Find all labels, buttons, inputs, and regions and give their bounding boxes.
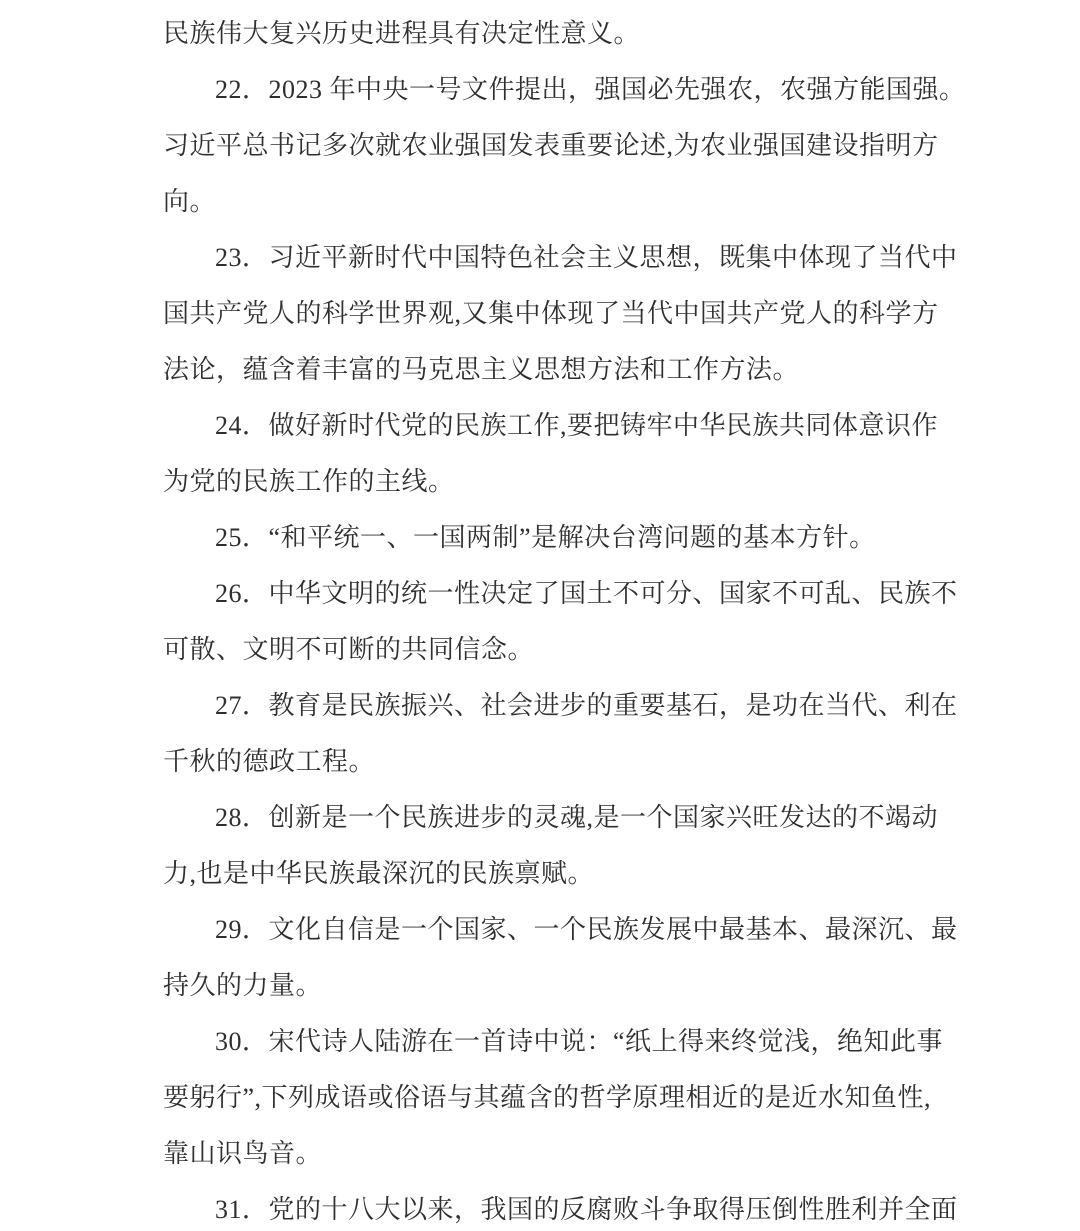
text-line: 26．中华文明的统一性决定了国土不可分、国家不可乱、民族不: [163, 566, 925, 622]
text-line: 靠山识鸟音。: [163, 1126, 925, 1182]
text-line: 国共产党人的科学世界观,又集中体现了当代中国共产党人的科学方: [163, 286, 925, 342]
text-line: 23．习近平新时代中国特色社会主义思想，既集中体现了当代中: [163, 230, 925, 286]
text-line: 民族伟大复兴历史进程具有决定性意义。: [163, 6, 925, 62]
text-line: 千秋的德政工程。: [163, 734, 925, 790]
text-line: 27．教育是民族振兴、社会进步的重要基石，是功在当代、利在: [163, 678, 925, 734]
text-line: 可散、文明不可断的共同信念。: [163, 622, 925, 678]
text-line: 法论，蕴含着丰富的马克思主义思想方法和工作方法。: [163, 342, 925, 398]
text-line: 为党的民族工作的主线。: [163, 454, 925, 510]
text-line: 持久的力量。: [163, 958, 925, 1014]
text-line: 22．2023 年中央一号文件提出，强国必先强农，农强方能国强。: [163, 62, 925, 118]
text-line: 要躬行”,下列成语或俗语与其蕴含的哲学原理相近的是近水知鱼性,: [163, 1070, 925, 1126]
text-line: 24．做好新时代党的民族工作,要把铸牢中华民族共同体意识作: [163, 398, 925, 454]
document-body: 民族伟大复兴历史进程具有决定性意义。22．2023 年中央一号文件提出，强国必先…: [163, 6, 925, 1231]
text-line: 28．创新是一个民族进步的灵魂,是一个国家兴旺发达的不竭动: [163, 790, 925, 846]
text-line: 31．党的十八大以来，我国的反腐败斗争取得压倒性胜利并全面: [163, 1182, 925, 1231]
text-line: 向。: [163, 174, 925, 230]
text-line: 30．宋代诗人陆游在一首诗中说：“纸上得来终觉浅，绝知此事: [163, 1014, 925, 1070]
document-page: 民族伟大复兴历史进程具有决定性意义。22．2023 年中央一号文件提出，强国必先…: [0, 0, 1080, 1231]
text-line: 习近平总书记多次就农业强国发表重要论述,为农业强国建设指明方: [163, 118, 925, 174]
text-line: 25．“和平统一、一国两制”是解决台湾问题的基本方针。: [163, 510, 925, 566]
text-line: 29．文化自信是一个国家、一个民族发展中最基本、最深沉、最: [163, 902, 925, 958]
text-line: 力,也是中华民族最深沉的民族禀赋。: [163, 846, 925, 902]
